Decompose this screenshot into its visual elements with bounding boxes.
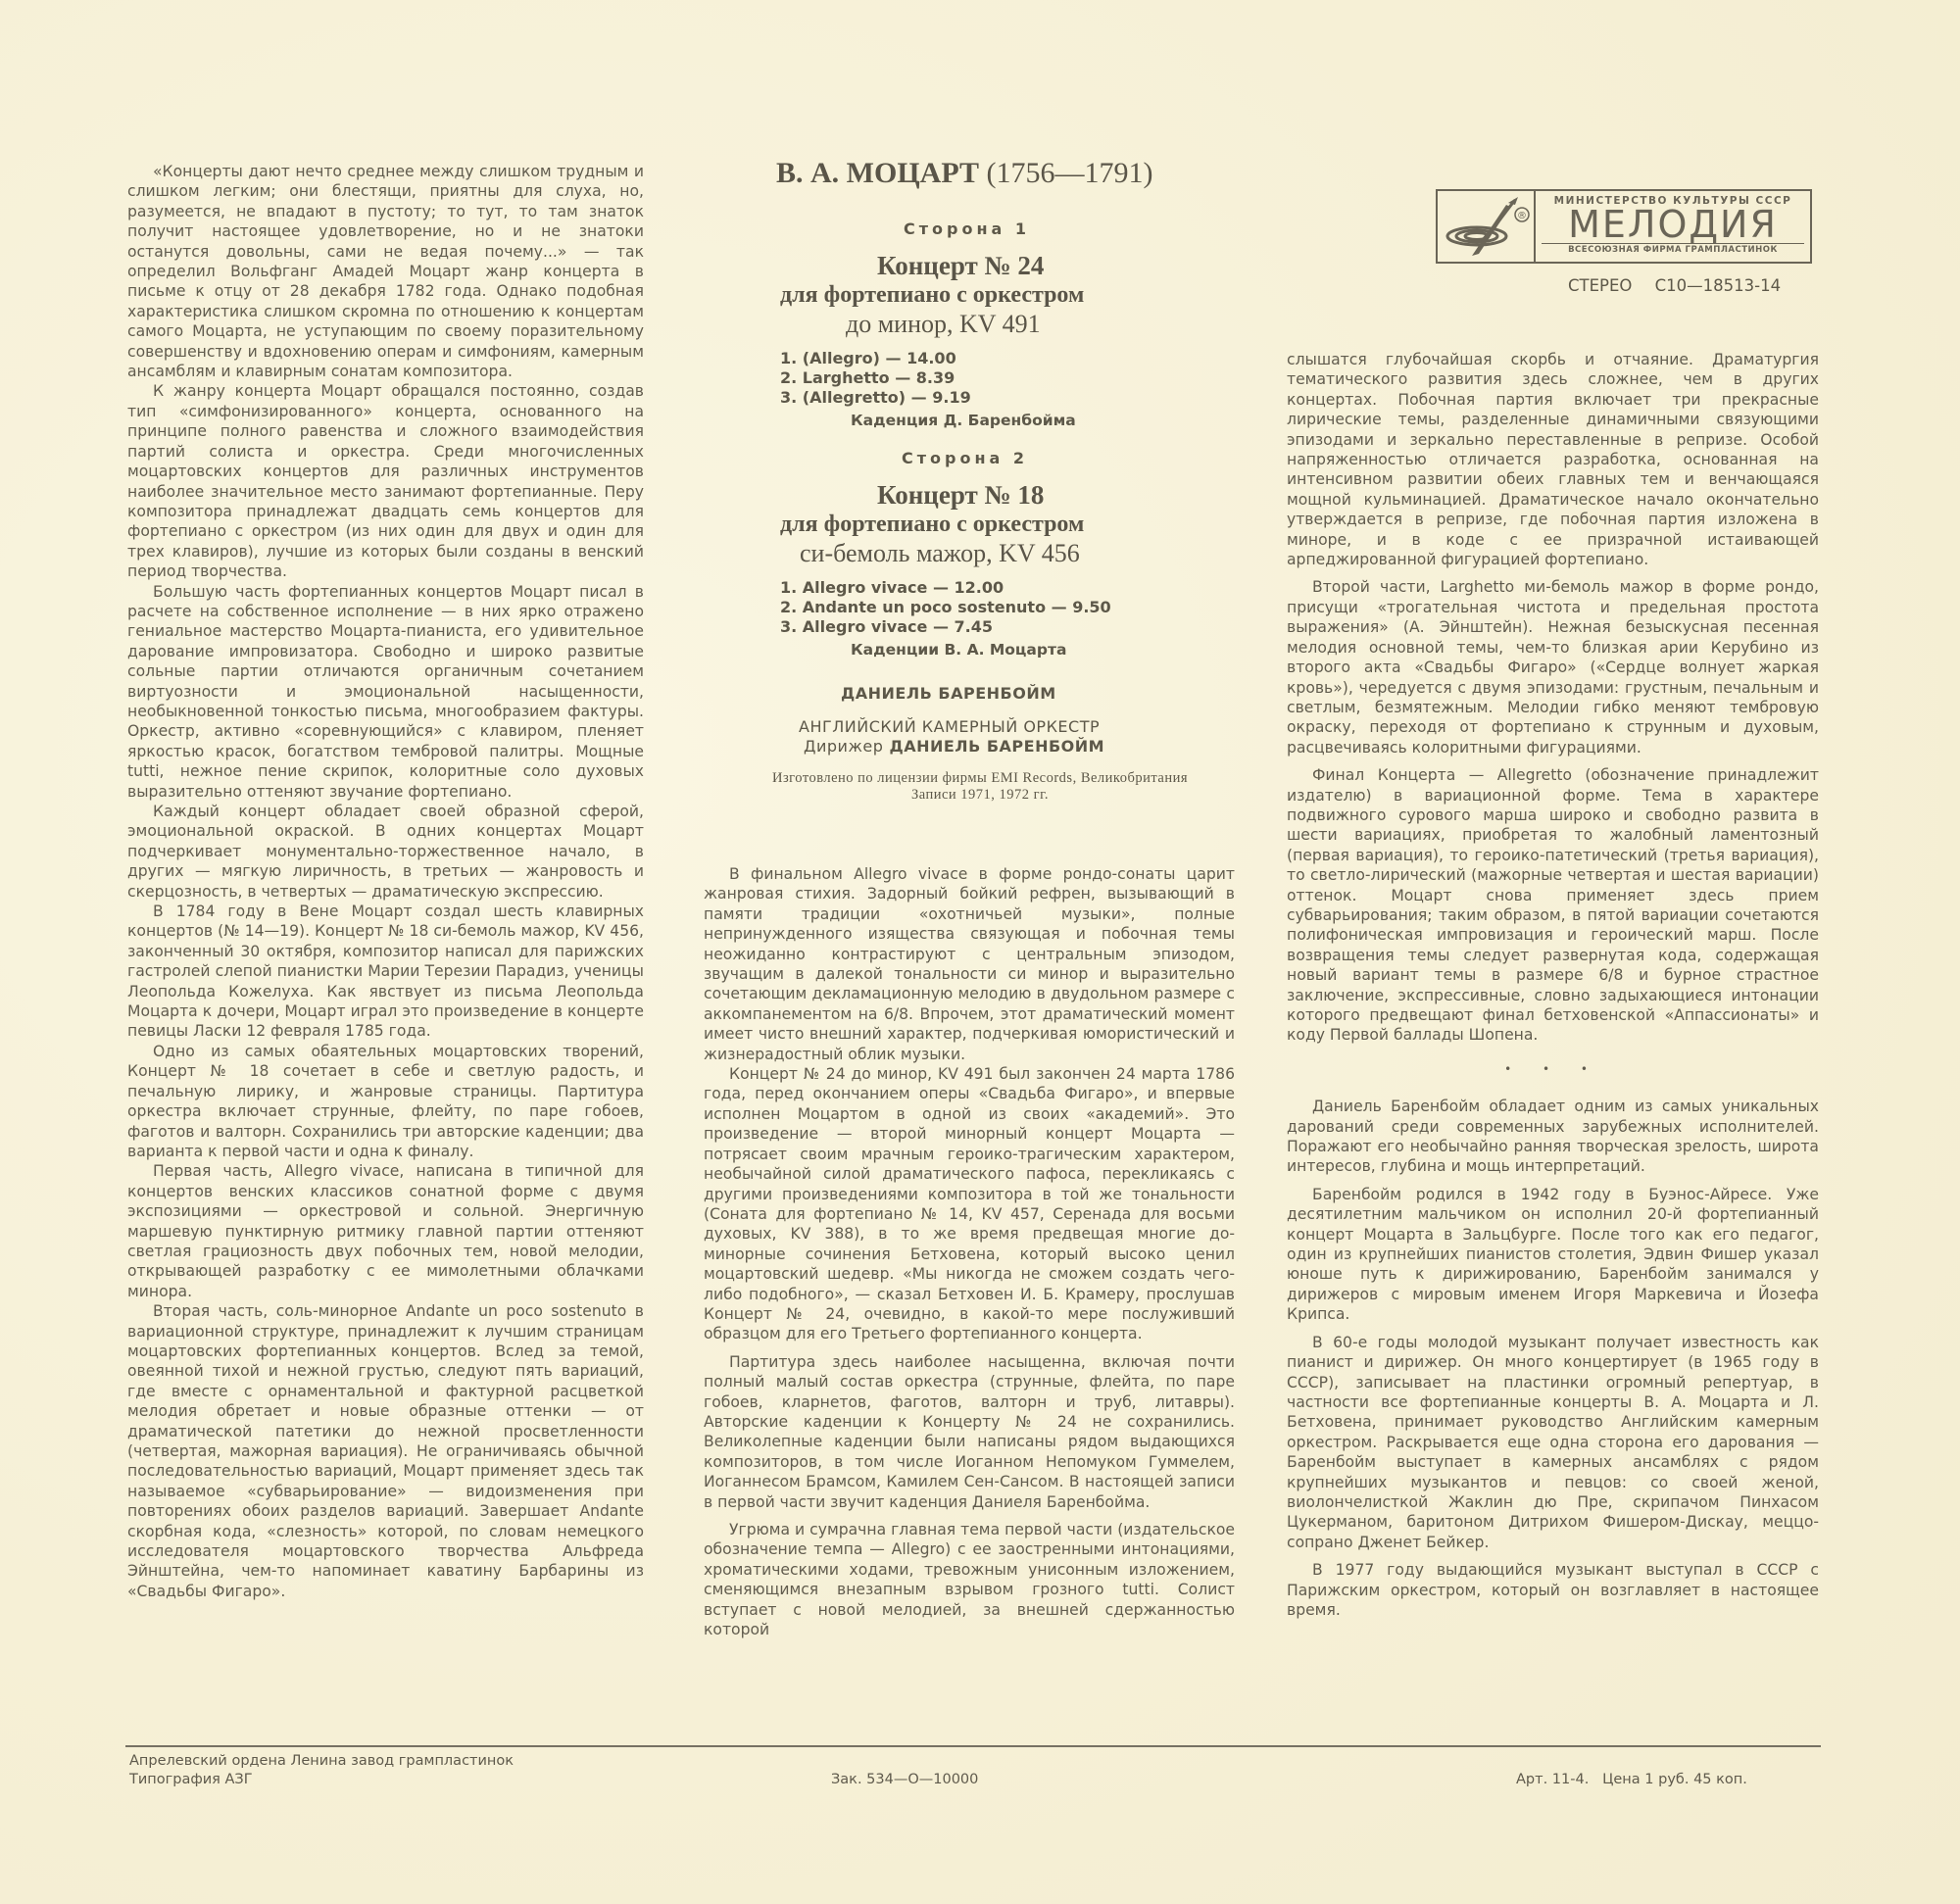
composer-name: В. А. МОЦАРТ [776, 157, 979, 189]
composer-years: (1756—1791) [987, 157, 1153, 189]
paragraph: «Концерты дают нечто среднее между слишк… [127, 162, 644, 381]
order-number: Зак. 534—О—10000 [831, 1771, 978, 1789]
paragraph: В финальном Allegro vivace в форме рондо… [704, 864, 1235, 1064]
paragraph: Первая часть, Allegro vivace, написана в… [127, 1161, 644, 1301]
conductor-line: Дирижер ДАНИЕЛЬ БАРЕНБОЙМ [804, 737, 1104, 756]
track-item: 1. (Allegro) — 14.00 [780, 349, 971, 368]
paragraph: Даниель Баренбойм обладает одним из самы… [1287, 1097, 1819, 1177]
side-1-work-key: до минор, KV 491 [846, 310, 1041, 339]
printing-house: Типография АЗГ [129, 1771, 514, 1789]
track-item: 3. Allegro vivace — 7.45 [780, 617, 1111, 637]
paragraph: Одно из самых обаятельных моцартовских т… [127, 1042, 644, 1161]
side-1-tracklist: 1. (Allegro) — 14.00 2. Larghetto — 8.39… [780, 349, 971, 408]
recording-years: Записи 1971, 1972 гг. [706, 787, 1254, 804]
paragraph: Концерт № 24 до минор, KV 491 был законч… [704, 1064, 1235, 1344]
footer-printer-info: Апрелевский ордена Ленина завод грамплас… [129, 1752, 514, 1789]
side-2-tracklist: 1. Allegro vivace — 12.00 2. Andante un … [780, 578, 1111, 637]
side-1-cadenza: Каденция Д. Баренбойма [851, 412, 1076, 429]
side-2-work-subtitle: для фортепиано с оркестром [780, 512, 1084, 538]
track-item: 1. Allegro vivace — 12.00 [780, 578, 1111, 598]
composer-heading: В. А. МОЦАРТ (1756—1791) [776, 157, 1153, 190]
logo-brand: МЕЛОДИЯ [1536, 207, 1810, 242]
melodiya-emblem-icon: ® [1438, 191, 1536, 262]
paragraph: В 1977 году выдающийся музыкант выступал… [1287, 1560, 1819, 1620]
logo-company: ВСЕСОЮЗНАЯ ФИРМА ГРАМПЛАСТИНОК [1542, 243, 1804, 255]
side-2-cadenza: Каденции В. А. Моцарта [851, 641, 1066, 659]
catalog-line: СТЕРЕО С10—18513-14 [1568, 276, 1781, 295]
soloist-name: ДАНИЕЛЬ БАРЕНБОЙМ [841, 684, 1056, 703]
conductor-name: ДАНИЕЛЬ БАРЕНБОЙМ [889, 737, 1104, 756]
footer-divider [125, 1745, 1821, 1747]
track-item: 3. (Allegretto) — 9.19 [780, 388, 971, 408]
paragraph: Баренбойм родился в 1942 году в Буэнос-А… [1287, 1185, 1819, 1325]
stereo-label: СТЕРЕО [1568, 276, 1632, 295]
paragraph: В 60-е годы молодой музыкант получает из… [1287, 1333, 1819, 1552]
track-item: 2. Larghetto — 8.39 [780, 368, 971, 388]
paragraph: Финал Концерта — Allegretto (обозначение… [1287, 765, 1819, 1046]
right-column-essay: слышатся глубочайшая скорбь и отчаяние. … [1287, 350, 1819, 1620]
article-price: Арт. 11-4. Цена 1 руб. 45 коп. [1516, 1771, 1747, 1789]
side-1-work-subtitle: для фортепиано с оркестром [780, 282, 1084, 309]
middle-column-essay: В финальном Allegro vivace в форме рондо… [704, 864, 1235, 1639]
paragraph: Вторая часть, соль-минорное Andante un p… [127, 1301, 644, 1601]
paragraph: Угрюма и сумрачна главная тема первой ча… [704, 1520, 1235, 1639]
paragraph: Второй части, Larghetto ми-бемоль мажор … [1287, 577, 1819, 757]
paragraph: В 1784 году в Вене Моцарт создал шесть к… [127, 902, 644, 1042]
paragraph: слышатся глубочайшая скорбь и отчаяние. … [1287, 350, 1819, 569]
side-1-work-title: Концерт № 24 [877, 251, 1044, 281]
section-divider-dots: • • • [1287, 1059, 1819, 1079]
orchestra-name: АНГЛИЙСКИЙ КАМЕРНЫЙ ОРКЕСТР [799, 717, 1100, 736]
conductor-label: Дирижер [804, 737, 883, 756]
melodiya-wordmark: МИНИСТЕРСТВО КУЛЬТУРЫ СССР МЕЛОДИЯ ВСЕСО… [1536, 191, 1810, 262]
license-text: Изготовлено по лицензии фирмы EMI Record… [706, 770, 1254, 787]
svg-text:®: ® [1517, 211, 1527, 221]
side-1-label: Сторона 1 [904, 220, 1030, 238]
left-column-essay: «Концерты дают нечто среднее между слишк… [127, 162, 644, 1601]
side-2-label: Сторона 2 [902, 449, 1028, 467]
side-2-work-title: Концерт № 18 [877, 480, 1044, 511]
melodiya-logo: ® МИНИСТЕРСТВО КУЛЬТУРЫ СССР МЕЛОДИЯ ВСЕ… [1436, 189, 1812, 264]
paragraph: Партитура здесь наиболее насыщенна, вклю… [704, 1352, 1235, 1512]
license-note: Изготовлено по лицензии фирмы EMI Record… [706, 770, 1254, 804]
pressing-plant: Апрелевский ордена Ленина завод грамплас… [129, 1752, 514, 1771]
paragraph: Большую часть фортепианных концертов Моц… [127, 582, 644, 802]
catalog-number: С10—18513-14 [1655, 276, 1781, 295]
track-item: 2. Andante un poco sostenuto — 9.50 [780, 598, 1111, 617]
paragraph: Каждый концерт обладает своей образной с… [127, 802, 644, 902]
paragraph: К жанру концерта Моцарт обращался постоя… [127, 381, 644, 581]
side-2-work-key: си-бемоль мажор, KV 456 [800, 539, 1080, 568]
